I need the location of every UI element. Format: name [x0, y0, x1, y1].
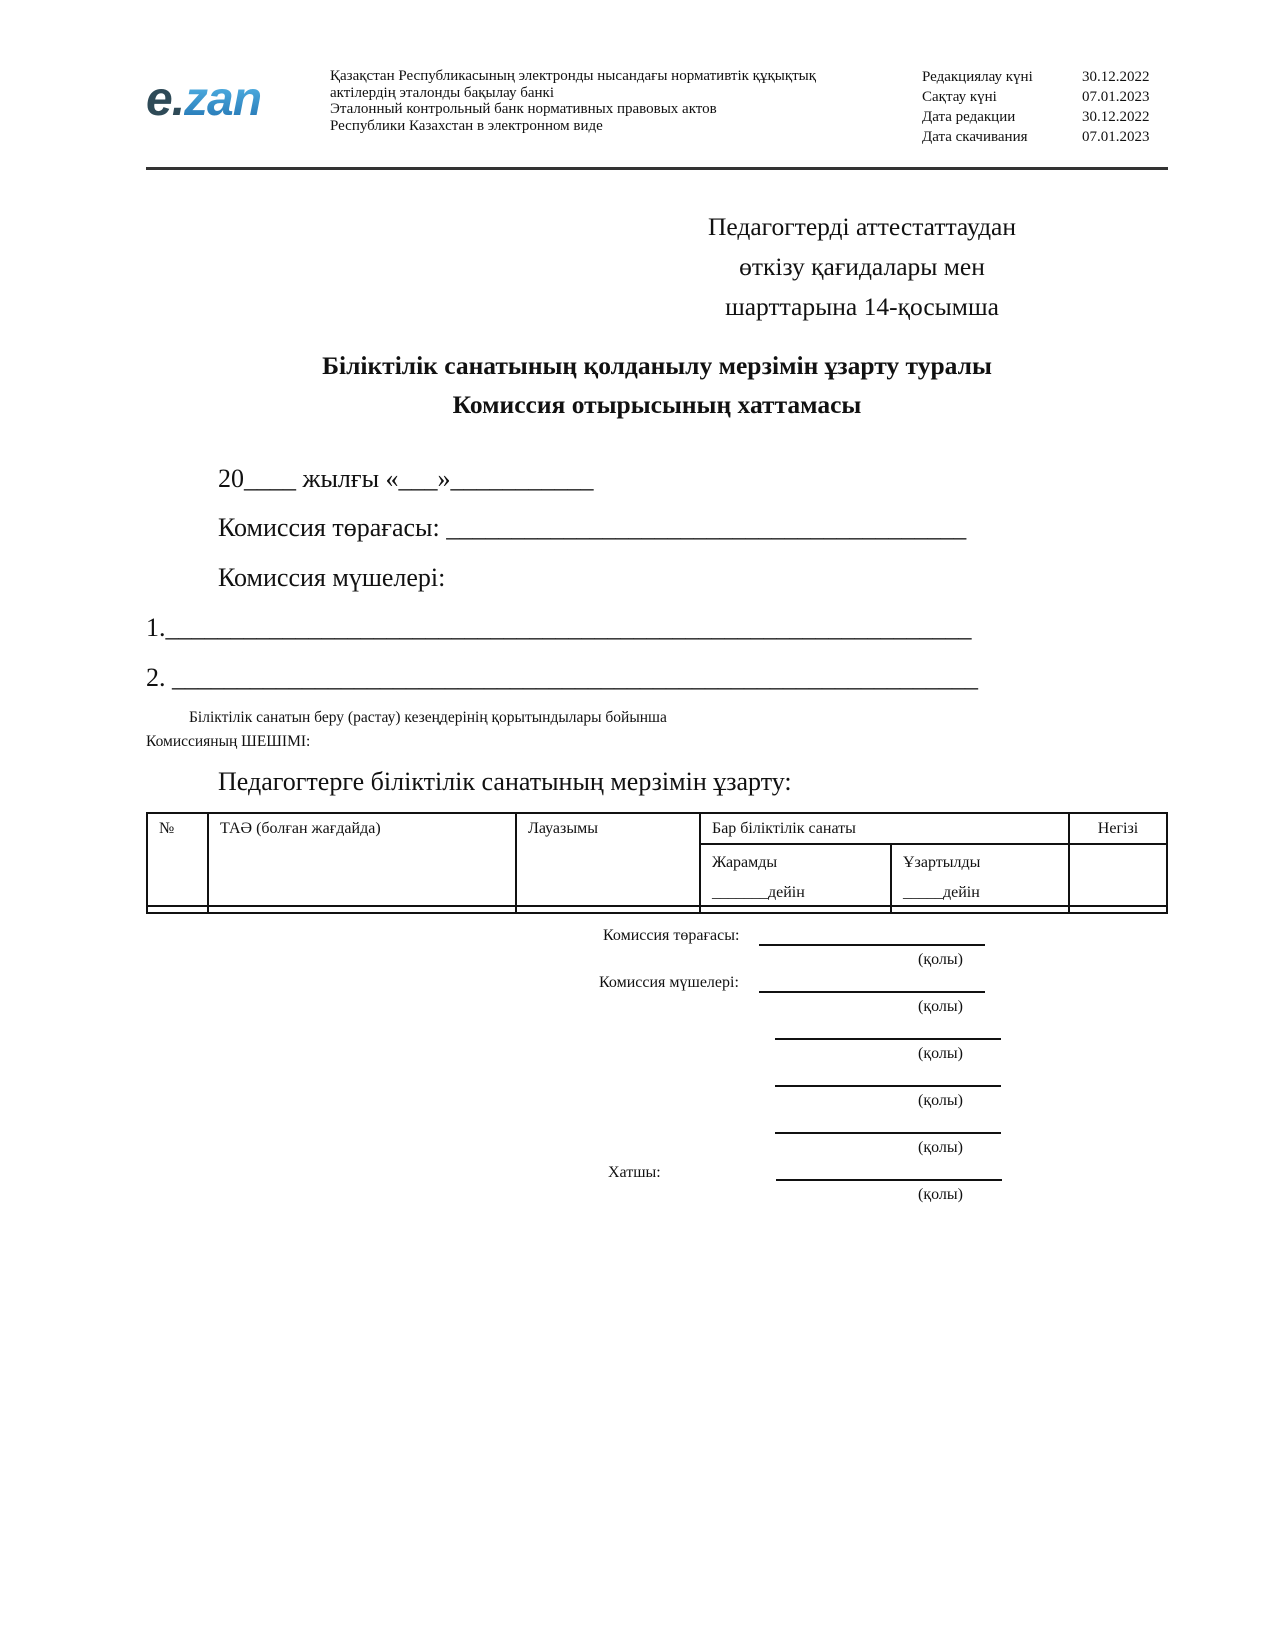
sig-secretary-label: Хатшы:: [608, 1163, 661, 1183]
table-subheader-divider: [699, 843, 1168, 845]
document-title: Біліктілік санатының қолданылу мерзімін …: [200, 346, 1114, 424]
col-header-extended-until: _____дейін: [903, 883, 980, 903]
meta-row-edit-date-kz: Редакциялау күні 30.12.2022: [922, 67, 1150, 87]
sig-members-label: Комиссия мүшелері:: [599, 973, 739, 993]
title-line: Біліктілік санатының қолданылу мерзімін …: [200, 346, 1114, 385]
sig-caption: (қолы): [918, 1091, 963, 1111]
table-border-bottom: [146, 912, 1168, 914]
sig-chairman-label: Комиссия төрағасы:: [603, 926, 739, 946]
decision-label: Комиссияның ШЕШІМІ:: [146, 733, 310, 751]
header-description-line: актілердің эталонды бақылау банкі: [330, 85, 816, 102]
meta-label: Дата скачивания: [922, 127, 1082, 147]
appendix-line: шарттарына 14-қосымша: [640, 287, 1084, 327]
meta-row-edit-date-ru: Дата редакции 30.12.2022: [922, 107, 1150, 127]
col-header-category: Бар біліктілік санаты: [712, 819, 856, 839]
col-header-valid-until: _______дейін: [712, 883, 805, 903]
date-field-line: 20____ жылғы «___»___________: [218, 464, 594, 494]
logo-part-e: e.: [146, 73, 184, 126]
appendix-line: Педагогтерді аттестаттаудан: [640, 207, 1084, 247]
sig-caption: (қолы): [918, 1044, 963, 1064]
extension-table: № ТАӘ (болған жағдайда) Лауазымы Бар біл…: [146, 812, 1168, 914]
sig-chairman-line: [759, 944, 985, 946]
table-col-border: [699, 812, 701, 914]
header-meta: Редакциялау күні 30.12.2022 Сақтау күні …: [922, 67, 1150, 147]
col-header-position: Лауазымы: [528, 819, 598, 839]
sig-member-line: [775, 1085, 1001, 1087]
appendix-line: өткізу қағидалары мен: [640, 247, 1084, 287]
sig-caption: (қолы): [918, 1138, 963, 1158]
meta-label: Редакциялау күні: [922, 67, 1082, 87]
meta-label: Сақтау күні: [922, 87, 1082, 107]
col-header-valid: Жарамды: [712, 853, 777, 873]
table-col-border: [890, 843, 892, 914]
logo-part-zan: zan: [184, 73, 261, 126]
table-col-border: [146, 812, 148, 914]
members-label: Комиссия мүшелері:: [218, 563, 445, 593]
table-header-bottom: [146, 905, 1168, 907]
meta-value: 07.01.2023: [1082, 127, 1150, 147]
member-1-field-line: 1.______________________________________…: [146, 613, 972, 643]
decision-intro: Біліктілік санатын беру (растау) кезеңде…: [189, 709, 667, 727]
ezan-logo: e.zan: [146, 76, 261, 124]
col-header-extended: Ұзартылды: [903, 853, 980, 873]
header-divider: [146, 167, 1168, 170]
header-description-line: Республики Казахстан в электронном виде: [330, 118, 816, 135]
chairman-field-line: Комиссия төрағасы: _____________________…: [218, 513, 966, 543]
header-description: Қазақстан Республикасының электронды ныс…: [330, 68, 816, 134]
meta-value: 30.12.2022: [1082, 67, 1150, 87]
appendix-note: Педагогтерді аттестаттаудан өткізу қағид…: [640, 207, 1084, 327]
header-description-line: Қазақстан Республикасының электронды ныс…: [330, 68, 816, 85]
meta-value: 30.12.2022: [1082, 107, 1150, 127]
sig-caption: (қолы): [918, 997, 963, 1017]
meta-row-save-date-kz: Сақтау күні 07.01.2023: [922, 87, 1150, 107]
header-description-line: Эталонный контрольный банк нормативных п…: [330, 101, 816, 118]
sig-caption: (қолы): [918, 1185, 963, 1205]
table-col-border: [207, 812, 209, 914]
title-line: Комиссия отырысының хаттамасы: [200, 385, 1114, 424]
sig-secretary-line: [776, 1179, 1002, 1181]
table-border-top: [146, 812, 1168, 814]
col-header-basis: Негізі: [1068, 819, 1168, 839]
meta-row-download-date-ru: Дата скачивания 07.01.2023: [922, 127, 1150, 147]
sig-member-line: [775, 1038, 1001, 1040]
col-header-name: ТАӘ (болған жағдайда): [220, 819, 381, 839]
sig-member-line: [775, 1132, 1001, 1134]
sig-member-line: [759, 991, 985, 993]
meta-value: 07.01.2023: [1082, 87, 1150, 107]
table-subheading: Педагогтерге біліктілік санатының мерзім…: [218, 767, 792, 797]
col-header-number: №: [159, 819, 174, 839]
meta-label: Дата редакции: [922, 107, 1082, 127]
member-2-field-line: 2. _____________________________________…: [146, 663, 978, 693]
sig-caption: (қолы): [918, 950, 963, 970]
table-col-border: [515, 812, 517, 914]
